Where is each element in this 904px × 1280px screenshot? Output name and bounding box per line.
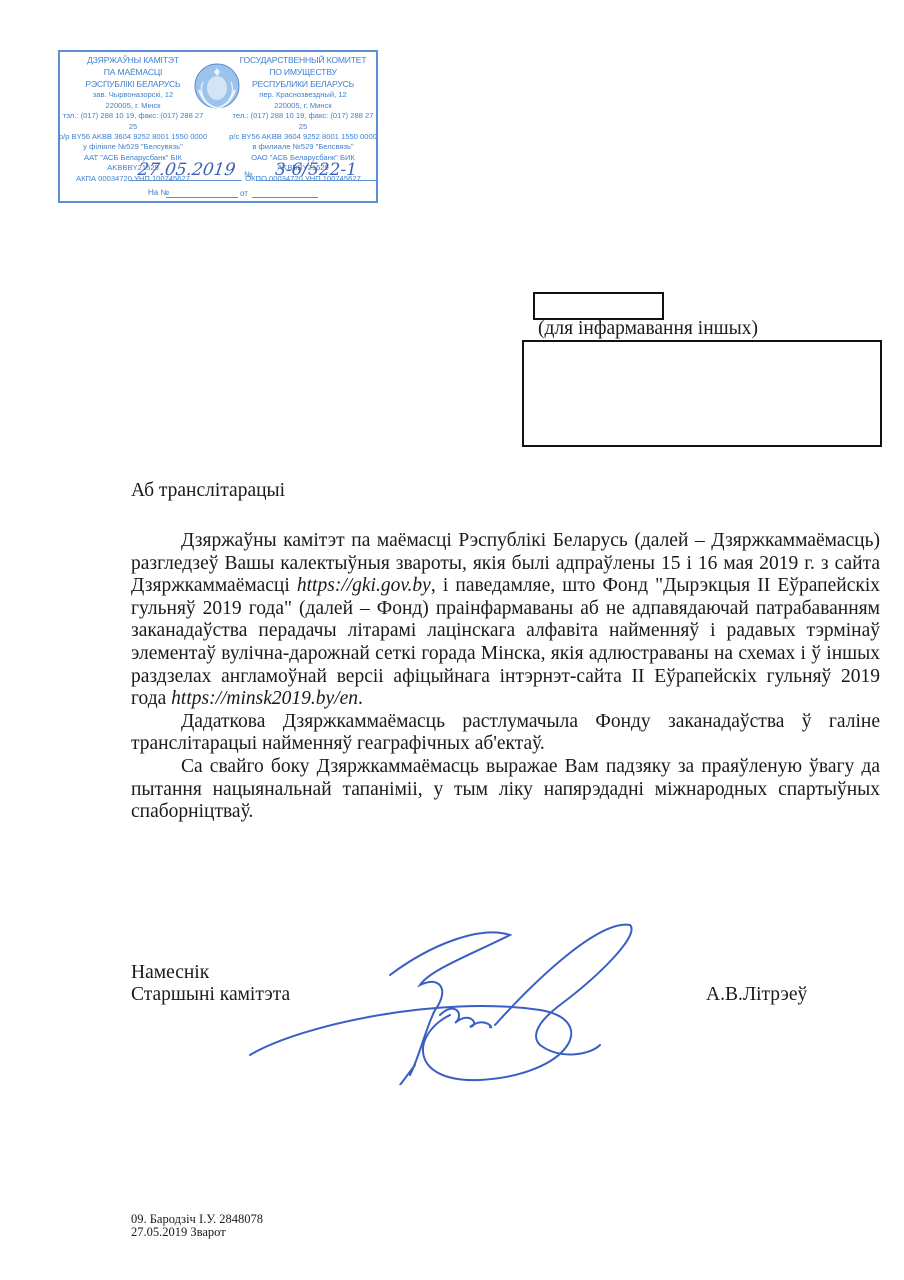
org-name-line: ПО ИМУЩЕСТВУ [228,67,378,79]
redacted-recipient-address [522,340,882,447]
org-address: зав. Чырвоназорскі, 12 [58,90,208,100]
link-gki: https://gki.gov.by [297,575,431,596]
org-name-line: ДЗЯРЖАЎНЫ КАМІТЭТ [58,55,208,67]
from-label: от [240,189,248,198]
org-name-line: РЕСПУБЛИКИ БЕЛАРУСЬ [228,79,378,91]
org-city: 220005, г. Минск [228,101,378,111]
handwritten-signature [240,915,660,1085]
org-phone: тэл.: (017) 288 10 19, факс: (017) 288 2… [58,111,208,132]
link-minsk2019: https://minsk2019.by/en [171,688,358,709]
registration-number: 3-6/522-1 [256,160,376,181]
from-line [252,197,318,198]
letter-subject: Аб транслітарацыі [131,480,285,502]
body-paragraph-1: Дзяржаўны камітэт па маёмасці Рэспублікі… [131,530,880,711]
org-account: р/с BY56 AKBB 3604 9252 8001 1550 0000 [228,132,378,142]
number-label: № [244,170,253,179]
reply-to-label: На № [148,188,169,197]
org-name-line: РЭСПУБЛІКІ БЕЛАРУСЬ [58,79,208,91]
org-phone: тел.: (017) 288 10 19, факс: (017) 288 2… [228,111,378,132]
executor-note: 09. Бародзіч І.У. 2848078 27.05.2019 Зва… [131,1213,263,1239]
reply-to-line [166,197,238,198]
letter-body: Дзяржаўны камітэт па маёмасці Рэспублікі… [131,530,880,824]
letter-date: 27.05.2019 [129,160,245,181]
org-branch: в филиале №529 "Белсвязь" [228,142,378,152]
body-paragraph-3: Са свайго боку Дзяржкаммаёмасць выражае … [131,756,880,824]
body-paragraph-2: Дадаткова Дзяржкаммаёмасць растлумачыла … [131,711,880,756]
org-city: 220005, г. Мінск [58,101,208,111]
signatory-name: А.В.Літрэеў [706,984,807,1006]
org-branch: у філіяле №529 "Белсувязь" [58,142,208,152]
redacted-recipient-name [533,292,664,320]
letterhead-stamp: ДЗЯРЖАЎНЫ КАМІТЭТ ПА МАЁМАСЦІ РЭСПУБЛІКІ… [58,50,378,203]
org-address: пер. Краснозвездный, 12 [228,90,378,100]
org-name-line: ГОСУДАРСТВЕННЫЙ КОМИТЕТ [228,55,378,67]
recipient-note: (для інфармавання іншых) [538,318,758,340]
org-name-line: ПА МАЁМАСЦІ [58,67,208,79]
org-account: р/р BY56 AKBB 3604 9252 8001 1550 0000 [58,132,208,142]
